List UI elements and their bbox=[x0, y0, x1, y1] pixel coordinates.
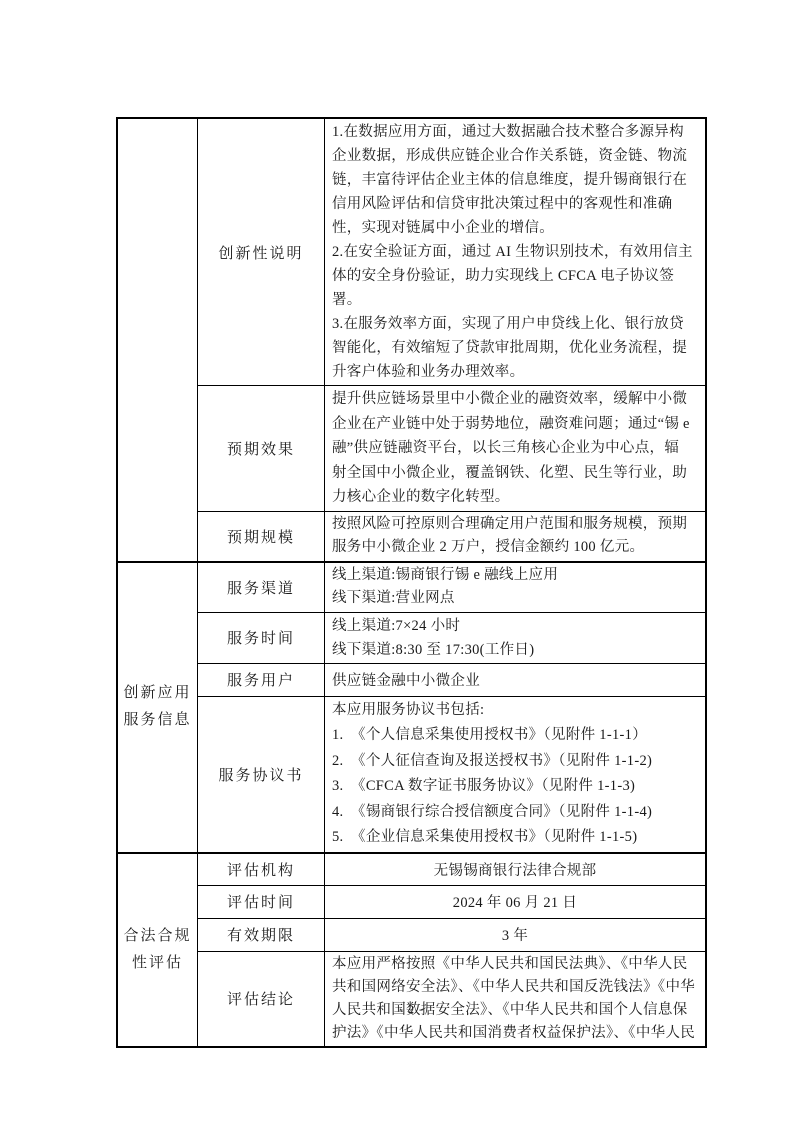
row-assessment-date: 评估时间 2024 年 06 月 21 日 bbox=[198, 886, 705, 919]
assessment-table: 创新性说明 1.在数据应用方面，通过大数据融合技术整合多源异构 企业数据，形成供… bbox=[116, 117, 707, 1048]
row-content-assessment-organization: 无锡锡商银行法律合规部 bbox=[325, 854, 705, 885]
section-legality-compliance-assessment: 合法合规 性评估 评估机构 无锡锡商银行法律合规部 评估时间 2024 年 06… bbox=[118, 854, 705, 1046]
row-label-innovation-description: 创新性说明 bbox=[198, 119, 325, 385]
document-page: 创新性说明 1.在数据应用方面，通过大数据融合技术整合多源异构 企业数据，形成供… bbox=[0, 0, 794, 1123]
section-rows: 服务渠道 线上渠道:锡商银行锡 e 融线上应用 线下渠道:营业网点 服务时间 线… bbox=[198, 563, 705, 852]
row-assessment-conclusion: 评估结论 本应用严格按照《中华人民共和国民法典》、《中华人民 共和国网络安全法》… bbox=[198, 952, 705, 1046]
row-content-innovation-description: 1.在数据应用方面，通过大数据融合技术整合多源异构 企业数据，形成供应链企业合作… bbox=[325, 119, 705, 385]
row-service-users: 服务用户 供应链金融中小微企业 bbox=[198, 664, 705, 697]
row-service-time: 服务时间 线上渠道:7×24 小时 线下渠道:8:30 至 17:30(工作日) bbox=[198, 613, 705, 664]
section-side-label-empty bbox=[118, 119, 198, 561]
row-label-expected-scale: 预期规模 bbox=[198, 512, 325, 561]
row-innovation-description: 创新性说明 1.在数据应用方面，通过大数据融合技术整合多源异构 企业数据，形成供… bbox=[198, 119, 705, 386]
row-assessment-organization: 评估机构 无锡锡商银行法律合规部 bbox=[198, 854, 705, 886]
section-innovation-details: 创新性说明 1.在数据应用方面，通过大数据融合技术整合多源异构 企业数据，形成供… bbox=[118, 119, 705, 563]
row-service-channel: 服务渠道 线上渠道:锡商银行锡 e 融线上应用 线下渠道:营业网点 bbox=[198, 563, 705, 613]
row-label-assessment-organization: 评估机构 bbox=[198, 854, 325, 885]
section-rows: 创新性说明 1.在数据应用方面，通过大数据融合技术整合多源异构 企业数据，形成供… bbox=[198, 119, 705, 561]
row-service-agreements: 服务协议书 本应用服务协议书包括: 1. 《个人信息采集使用授权书》（见附件 1… bbox=[198, 697, 705, 852]
row-content-assessment-conclusion: 本应用严格按照《中华人民共和国民法典》、《中华人民 共和国网络安全法》、《中华人… bbox=[325, 952, 705, 1046]
row-label-expected-effect: 预期效果 bbox=[198, 386, 325, 511]
row-label-validity-period: 有效期限 bbox=[198, 919, 325, 951]
row-content-assessment-date: 2024 年 06 月 21 日 bbox=[325, 886, 705, 918]
row-label-service-time: 服务时间 bbox=[198, 613, 325, 663]
row-content-service-users: 供应链金融中小微企业 bbox=[325, 664, 705, 696]
row-content-service-agreements: 本应用服务协议书包括: 1. 《个人信息采集使用授权书》（见附件 1-1-1） … bbox=[325, 697, 705, 852]
section-innovation-app-service-info: 创新应用 服务信息 服务渠道 线上渠道:锡商银行锡 e 融线上应用 线下渠道:营… bbox=[118, 563, 705, 854]
section-side-label-compliance: 合法合规 性评估 bbox=[118, 854, 198, 1046]
row-expected-scale: 预期规模 按照风险可控原则合理确定用户范围和服务规模，预期 服务中小微企业 2 … bbox=[198, 512, 705, 561]
row-validity-period: 有效期限 3 年 bbox=[198, 919, 705, 952]
row-content-validity-period: 3 年 bbox=[325, 919, 705, 951]
row-label-service-channel: 服务渠道 bbox=[198, 563, 325, 612]
row-content-service-time: 线上渠道:7×24 小时 线下渠道:8:30 至 17:30(工作日) bbox=[325, 613, 705, 663]
row-expected-effect: 预期效果 提升供应链场景里中小微企业的融资效率，缓解中小微 企业在产业链中处于弱… bbox=[198, 386, 705, 512]
row-label-assessment-date: 评估时间 bbox=[198, 886, 325, 918]
section-side-label-service-info: 创新应用 服务信息 bbox=[118, 563, 198, 852]
page-number: - 2 - bbox=[116, 1002, 707, 1017]
row-label-service-users: 服务用户 bbox=[198, 664, 325, 696]
row-label-service-agreements: 服务协议书 bbox=[198, 697, 325, 852]
section-rows: 评估机构 无锡锡商银行法律合规部 评估时间 2024 年 06 月 21 日 有… bbox=[198, 854, 705, 1046]
row-content-expected-effect: 提升供应链场景里中小微企业的融资效率，缓解中小微 企业在产业链中处于弱势地位，融… bbox=[325, 386, 705, 511]
row-content-service-channel: 线上渠道:锡商银行锡 e 融线上应用 线下渠道:营业网点 bbox=[325, 563, 705, 612]
row-label-assessment-conclusion: 评估结论 bbox=[198, 952, 325, 1046]
row-content-expected-scale: 按照风险可控原则合理确定用户范围和服务规模，预期 服务中小微企业 2 万户，授信… bbox=[325, 512, 705, 561]
